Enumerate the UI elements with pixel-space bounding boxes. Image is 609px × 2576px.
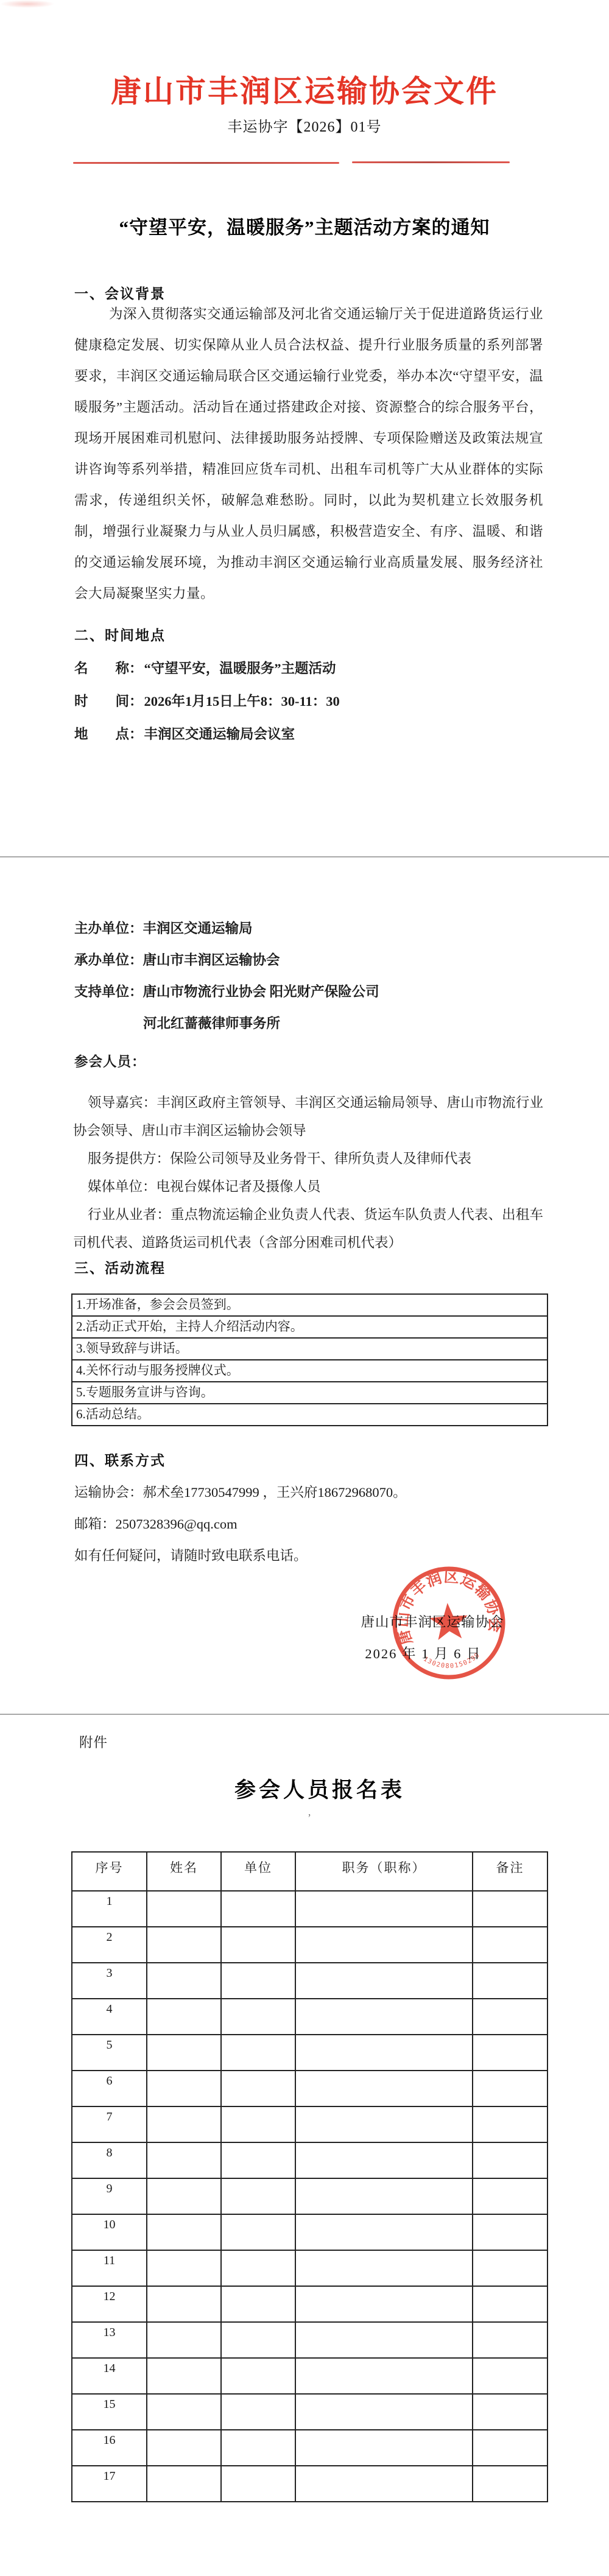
section1-body: 为深入贯彻落实交通运输部及河北省交通运输厅关于促进道路货运行业健康稳定发展、切实… (74, 298, 543, 609)
attendee-header-cell: 单位 (220, 1853, 295, 1890)
attachment-label: 附件 (79, 1732, 108, 1751)
attendee-row: 10 (72, 2214, 547, 2250)
attendee-cell-note (472, 2466, 547, 2501)
attendee-row: 7 (72, 2106, 547, 2142)
attendee-cell-index: 17 (72, 2466, 146, 2501)
meeting-item-label: 地 点： (74, 727, 143, 742)
attendee-cell-note (472, 2395, 547, 2429)
organizer-value-cont: 河北红蔷薇律师事务所 (143, 1013, 561, 1033)
attendee-cell-unit (220, 2251, 295, 2286)
attendee-row: 5 (72, 2034, 547, 2070)
attendee-cell-name (146, 2466, 220, 2501)
participant-item: 领导嘉宾：丰润区政府主管领导、丰润区交通运输局领导、唐山市物流行业协会领导、唐山… (73, 1089, 543, 1145)
masthead-title: 唐山市丰润区运输协会文件 (0, 67, 609, 111)
flow-step-row: 2.活动正式开始，主持人介绍活动内容。 (72, 1315, 547, 1337)
organizer-label: 承办单位： (74, 952, 143, 968)
attendee-header-cell: 职务（职称） (295, 1853, 472, 1890)
organizer-list: 主办单位：丰润区交通运输局承办单位：唐山市丰润区运输协会支持单位：唐山市物流行业… (74, 918, 561, 1045)
flow-step-row: 5.专题服务宣讲与咨询。 (72, 1381, 547, 1403)
attendee-cell-name (146, 2430, 220, 2465)
attendee-row: 17 (72, 2465, 547, 2501)
attendee-cell-unit (220, 1927, 295, 1962)
page-divider-2 (0, 1714, 609, 1715)
attendee-cell-unit (220, 2143, 295, 2178)
attendee-row: 6 (72, 2070, 547, 2106)
attendee-cell-index: 16 (72, 2430, 146, 2465)
attendee-cell-name (146, 2071, 220, 2106)
attendee-cell-index: 3 (72, 1963, 146, 1998)
attendee-row: 2 (72, 1926, 547, 1962)
attendee-cell-unit (220, 2179, 295, 2214)
meeting-item-label: 时 间： (74, 694, 143, 709)
organizer-item: 支持单位：唐山市物流行业协会 阳光财产保险公司 (74, 982, 561, 1002)
attendee-cell-title (295, 1999, 472, 2034)
meeting-item-label: 名 称： (74, 661, 143, 676)
attendee-cell-title (295, 1963, 472, 1998)
meeting-item-value: “守望平安，温暖服务”主题活动 (144, 661, 336, 676)
attendee-cell-note (472, 2179, 547, 2214)
attendee-cell-index: 14 (72, 2359, 146, 2393)
attendee-cell-unit (220, 1892, 295, 1926)
attendee-cell-title (295, 2071, 472, 2106)
attendee-cell-index: 11 (72, 2251, 146, 2286)
attendee-cell-unit (220, 2359, 295, 2393)
meeting-item: 名 称：“守望平安，温暖服务”主题活动 (74, 658, 561, 678)
attendee-row: 13 (72, 2321, 547, 2357)
attendee-cell-note (472, 2251, 547, 2286)
attendee-header-row: 序号姓名单位职务（职称）备注 (72, 1853, 547, 1890)
attendee-cell-name (146, 1892, 220, 1926)
page-divider-1 (0, 856, 609, 857)
section4-heading: 四、联系方式 (74, 1449, 166, 1469)
attendee-cell-name (146, 2395, 220, 2429)
attendee-cell-name (146, 1927, 220, 1962)
attendee-cell-unit (220, 2035, 295, 2070)
attendee-cell-index: 10 (72, 2215, 146, 2250)
flow-step-row: 6.活动总结。 (72, 1403, 547, 1425)
flow-step-row: 3.领导致辞与讲话。 (72, 1337, 547, 1359)
issue-number: 丰运协字【2026】01号 (0, 114, 609, 136)
organizer-value: 唐山市丰润区运输协会 (143, 952, 280, 968)
seal-code-text: 1302080150299 (421, 1651, 482, 1672)
attendee-cell-index: 2 (72, 1927, 146, 1962)
attendee-cell-note (472, 2359, 547, 2393)
attendee-cell-note (472, 2143, 547, 2178)
meeting-item: 时 间：2026年1月15日上午8：30-11：30 (74, 691, 561, 711)
official-seal: 唐山市丰润区运输协会 1302080150299 (384, 1558, 513, 1687)
attendee-row: 4 (72, 1998, 547, 2034)
attendee-row: 9 (72, 2178, 547, 2214)
participant-item: 服务提供方：保险公司领导及业务骨干、律所负责人及律师代表 (73, 1145, 543, 1173)
attendee-cell-unit (220, 2215, 295, 2250)
attendee-cell-unit (220, 2287, 295, 2321)
attendee-cell-index: 7 (72, 2107, 146, 2142)
organizer-label: 主办单位： (74, 921, 143, 936)
attendee-cell-name (146, 2215, 220, 2250)
attendee-cell-index: 5 (72, 2035, 146, 2070)
attendee-cell-unit (220, 1999, 295, 2034)
meeting-item: 地 点：丰润区交通运输局会议室 (74, 724, 561, 744)
participant-item: 行业从业者：重点物流运输企业负责人代表、货运车队负责人代表、出租车司机代表、道路… (73, 1201, 543, 1257)
attendee-header-cell: 备注 (472, 1853, 547, 1890)
organizer-label: 支持单位： (74, 984, 143, 999)
attendee-cell-name (146, 1963, 220, 1998)
notice-title: “守望平安，温暖服务”主题活动方案的通知 (0, 212, 609, 239)
attendee-cell-title (295, 2395, 472, 2429)
attendee-cell-note (472, 2035, 547, 2070)
attendee-row: 14 (72, 2357, 547, 2393)
attendee-cell-title (295, 2359, 472, 2393)
contact-line: 运输协会：郝术垒17730547999 ，王兴府18672968070。 (74, 1482, 574, 1502)
attendee-cell-note (472, 1892, 547, 1926)
attendee-cell-name (146, 2359, 220, 2393)
attendee-cell-note (472, 1963, 547, 1998)
attendee-cell-unit (220, 2107, 295, 2142)
scan-artifact-smudge (0, 0, 55, 8)
attendee-cell-index: 13 (72, 2323, 146, 2357)
attendee-cell-name (146, 2179, 220, 2214)
attendee-cell-name (146, 2143, 220, 2178)
attendee-signup-table: 序号姓名单位职务（职称）备注1234567891011121314151617 (71, 1851, 548, 2502)
attendee-cell-note (472, 2215, 547, 2250)
attendee-row: 15 (72, 2393, 547, 2429)
participant-list: 领导嘉宾：丰润区政府主管领导、丰润区交通运输局领导、唐山市物流行业协会领导、唐山… (73, 1089, 543, 1257)
attendee-cell-unit (220, 2395, 295, 2429)
contact-line: 邮箱：2507328396@qq.com (74, 1514, 574, 1534)
flow-table: 1.开场准备，参会会员签到。2.活动正式开始，主持人介绍活动内容。3.领导致辞与… (71, 1293, 548, 1426)
attendee-row: 8 (72, 2142, 547, 2178)
attendee-header-cell: 姓名 (146, 1853, 220, 1890)
svg-text:1302080150299: 1302080150299 (421, 1651, 482, 1672)
organizer-item: 承办单位：唐山市丰润区运输协会 (74, 950, 561, 970)
organizer-item: 主办单位：丰润区交通运输局 (74, 918, 561, 938)
attendee-cell-title (295, 2179, 472, 2214)
attendee-cell-index: 8 (72, 2143, 146, 2178)
document-page: 唐山市丰润区运输协会文件 丰运协字【2026】01号 “守望平安，温暖服务”主题… (0, 0, 609, 2576)
attendee-cell-title (295, 1892, 472, 1926)
section2-heading: 二、时间地点 (74, 624, 166, 644)
section3-heading: 三、活动流程 (74, 1257, 166, 1277)
meeting-item-value: 2026年1月15日上午8：30-11：30 (144, 694, 340, 709)
attendee-cell-name (146, 1999, 220, 2034)
attendee-cell-unit (220, 1963, 295, 1998)
attendee-cell-unit (220, 2466, 295, 2501)
attendee-cell-name (146, 2035, 220, 2070)
red-rule-left (73, 162, 339, 164)
attendee-row: 12 (72, 2286, 547, 2321)
meeting-info: 名 称：“守望平安，温暖服务”主题活动时 间：2026年1月15日上午8：30-… (74, 658, 561, 757)
attendee-cell-title (295, 2466, 472, 2501)
attendee-cell-note (472, 2071, 547, 2106)
attendee-cell-name (146, 2251, 220, 2286)
attendee-row: 11 (72, 2250, 547, 2286)
attendee-cell-name (146, 2107, 220, 2142)
attendee-cell-unit (220, 2071, 295, 2106)
attendee-cell-unit (220, 2323, 295, 2357)
participants-heading: 参会人员： (74, 1051, 146, 1071)
attendee-cell-note (472, 2107, 547, 2142)
attachment-table-title: 参会人员报名表 (15, 1773, 609, 1804)
attendee-cell-index: 1 (72, 1892, 146, 1926)
attendee-cell-title (295, 2107, 472, 2142)
attendee-cell-title (295, 2215, 472, 2250)
attendee-cell-index: 15 (72, 2395, 146, 2429)
attendee-cell-index: 6 (72, 2071, 146, 2106)
attendee-cell-name (146, 2323, 220, 2357)
attendee-row: 3 (72, 1962, 547, 1998)
attendee-cell-note (472, 2430, 547, 2465)
scan-artifact-mark: ’ (308, 1812, 311, 1825)
attendee-cell-note (472, 2287, 547, 2321)
organizer-value: 唐山市物流行业协会 阳光财产保险公司 (143, 984, 379, 999)
attendee-cell-title (295, 1927, 472, 1962)
attendee-cell-title (295, 2323, 472, 2357)
red-rule-right (352, 161, 510, 163)
attendee-header-cell: 序号 (72, 1853, 146, 1890)
attendee-cell-note (472, 1999, 547, 2034)
attendee-row: 16 (72, 2429, 547, 2465)
attendee-cell-title (295, 2035, 472, 2070)
attendee-cell-index: 9 (72, 2179, 146, 2214)
attendee-cell-title (295, 2430, 472, 2465)
attendee-cell-index: 12 (72, 2287, 146, 2321)
attendee-cell-note (472, 2323, 547, 2357)
organizer-value: 丰润区交通运输局 (143, 921, 253, 936)
flow-step-row: 4.关怀行动与服务授牌仪式。 (72, 1359, 547, 1381)
participant-item: 媒体单位：电视台媒体记者及摄像人员 (73, 1173, 543, 1201)
attendee-row: 1 (72, 1890, 547, 1926)
meeting-item-value: 丰润区交通运输局会议室 (144, 727, 295, 742)
attendee-cell-name (146, 2287, 220, 2321)
attendee-cell-unit (220, 2430, 295, 2465)
attendee-cell-note (472, 1927, 547, 1962)
attendee-cell-index: 4 (72, 1999, 146, 2034)
attendee-cell-title (295, 2143, 472, 2178)
attendee-cell-title (295, 2251, 472, 2286)
seal-star-icon (428, 1602, 469, 1641)
flow-step-row: 1.开场准备，参会会员签到。 (72, 1295, 547, 1315)
attendee-cell-title (295, 2287, 472, 2321)
